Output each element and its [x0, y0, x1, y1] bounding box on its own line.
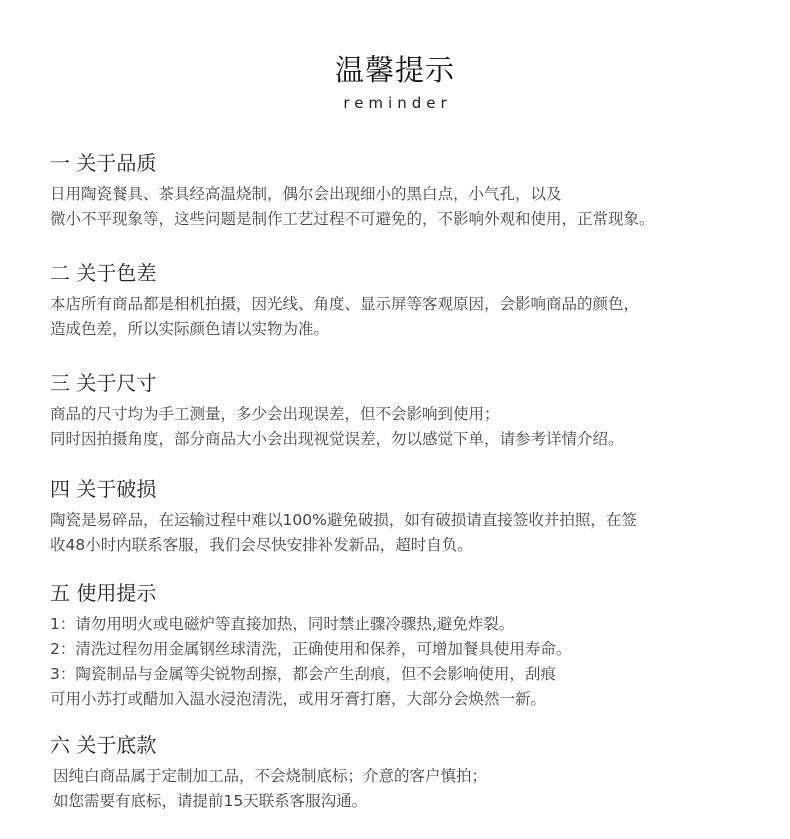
- section-bottom-mark: 六 关于底款 因纯白商品属于定制加工品，不会烧制底标；介意的客户慎拍； 如您需要…: [50, 732, 780, 814]
- body-line: 同时因拍摄角度，部分商品大小会出现视觉误差，勿以感觉下单，请参考详情介绍。: [50, 427, 780, 452]
- section-color-difference: 二 关于色差 本店所有商品都是相机拍摄，因光线、角度、显示屏等客观原因，会影响商…: [50, 260, 780, 342]
- body-line: 可用小苏打或醋加入温水浸泡清洗，或用牙膏打磨，大部分会焕然一新。: [50, 687, 780, 712]
- body-line: 因纯白商品属于定制加工品，不会烧制底标；介意的客户慎拍；: [50, 764, 780, 789]
- section-title: 六 关于底款: [50, 732, 780, 758]
- section-body: 日用陶瓷餐具、茶具经高温烧制，偶尔会出现细小的黑白点，小气孔，以及 微小不平现象…: [50, 182, 780, 232]
- section-title: 三 关于尺寸: [50, 370, 780, 396]
- body-line: 收48小时内联系客服，我们会尽快安排补发新品，超时自负。: [50, 533, 780, 558]
- page-header: 温馨提示 reminder: [0, 52, 790, 112]
- section-size: 三 关于尺寸 商品的尺寸均为手工测量，多少会出现误差，但不会影响到使用； 同时因…: [50, 370, 780, 452]
- section-damage: 四 关于破损 陶瓷是易碎品，在运输过程中难以100%避免破损，如有破损请直接签收…: [50, 476, 780, 558]
- section-quality: 一 关于品质 日用陶瓷餐具、茶具经高温烧制，偶尔会出现细小的黑白点，小气孔，以及…: [50, 150, 780, 232]
- body-line: 本店所有商品都是相机拍摄，因光线、角度、显示屏等客观原因，会影响商品的颜色，: [50, 292, 780, 317]
- section-title: 四 关于破损: [50, 476, 780, 502]
- body-line: 陶瓷是易碎品，在运输过程中难以100%避免破损，如有破损请直接签收并拍照，在签: [50, 508, 780, 533]
- body-line: 日用陶瓷餐具、茶具经高温烧制，偶尔会出现细小的黑白点，小气孔，以及: [50, 182, 780, 207]
- body-line: 1：请勿用明火或电磁炉等直接加热，同时禁止骤冷骤热,避免炸裂。: [50, 612, 780, 637]
- section-title: 二 关于色差: [50, 260, 780, 286]
- page-subtitle: reminder: [0, 94, 790, 112]
- section-title: 五 使用提示: [50, 580, 780, 606]
- section-body: 陶瓷是易碎品，在运输过程中难以100%避免破损，如有破损请直接签收并拍照，在签 …: [50, 508, 780, 558]
- section-body: 本店所有商品都是相机拍摄，因光线、角度、显示屏等客观原因，会影响商品的颜色， 造…: [50, 292, 780, 342]
- section-body: 因纯白商品属于定制加工品，不会烧制底标；介意的客户慎拍； 如您需要有底标，请提前…: [50, 764, 780, 814]
- body-line: 如您需要有底标，请提前15天联系客服沟通。: [50, 789, 780, 814]
- body-line: 造成色差，所以实际颜色请以实物为准。: [50, 317, 780, 342]
- body-line: 商品的尺寸均为手工测量，多少会出现误差，但不会影响到使用；: [50, 402, 780, 427]
- section-body: 商品的尺寸均为手工测量，多少会出现误差，但不会影响到使用； 同时因拍摄角度，部分…: [50, 402, 780, 452]
- section-usage-tips: 五 使用提示 1：请勿用明火或电磁炉等直接加热，同时禁止骤冷骤热,避免炸裂。 2…: [50, 580, 780, 712]
- body-line: 微小不平现象等，这些问题是制作工艺过程不可避免的，不影响外观和使用，正常现象。: [50, 207, 780, 232]
- section-body: 1：请勿用明火或电磁炉等直接加热，同时禁止骤冷骤热,避免炸裂。 2：清洗过程勿用…: [50, 612, 780, 712]
- section-title: 一 关于品质: [50, 150, 780, 176]
- page-title: 温馨提示: [0, 52, 790, 88]
- body-line: 2：清洗过程勿用金属钢丝球清洗，正确使用和保养，可增加餐具使用寿命。: [50, 637, 780, 662]
- body-line: 3：陶瓷制品与金属等尖锐物刮擦，都会产生刮痕，但不会影响使用，刮痕: [50, 662, 780, 687]
